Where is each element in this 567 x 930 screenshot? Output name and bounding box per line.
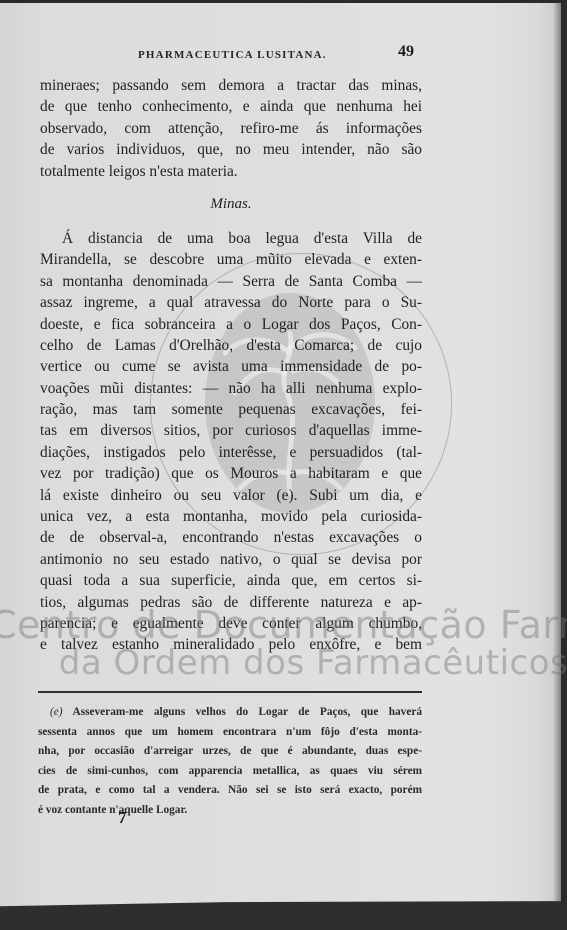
text-line: ração, mas tam somente pequenas excavaçõ… xyxy=(40,399,422,420)
text-line: e talvez estanho mineralidado pelo enxôf… xyxy=(40,634,422,655)
text-line: Á distancia de uma boa legua d'esta Vill… xyxy=(40,228,422,249)
text-line: lá existe dinheiro ou seu valor (e). Sub… xyxy=(40,485,422,506)
text-line: parencia; e egualmente deve conter algum… xyxy=(40,613,422,634)
text-line: Mirandella, se descobre uma mũito elevad… xyxy=(40,249,422,270)
footnote-line: de prata, e como tal a vendera. Não sei … xyxy=(38,781,422,801)
text-line: celho de Lamas d'Orelhão, d'esta Comarca… xyxy=(40,335,422,356)
footnote-line: cies de simi-cunhos, com apparencia meta… xyxy=(38,762,422,782)
footnote-line: sessenta annos que um homem encontrara n… xyxy=(38,723,422,743)
text-line: tios, algumas pedras são de differente n… xyxy=(40,592,422,613)
text-line: totalmente leigos n'esta materia. xyxy=(40,161,422,182)
page-number: 49 xyxy=(398,43,414,61)
text-line: de de observal-a, encontrando n'estas ex… xyxy=(40,527,422,548)
text-line: mineraes; passando sem demora a tractar … xyxy=(40,75,422,96)
text-line: doeste, e fica sobranceira a o Logar dos… xyxy=(40,314,422,335)
text-line: antimonio no seu estado nativo, o qual s… xyxy=(40,549,422,570)
book-page: PHARMACEUTICA LUSITANA. 49 mineraes; pas… xyxy=(0,3,561,927)
footnote: (e)Asseveram-me alguns velhos do Logar d… xyxy=(38,703,422,820)
footnote-line: é voz contante n'aquelle Logar. xyxy=(38,801,422,821)
footnote-line: nha, por occasião d'arreigar urzes, de q… xyxy=(38,742,422,762)
running-title: PHARMACEUTICA LUSITANA. xyxy=(138,49,327,61)
page-header: PHARMACEUTICA LUSITANA. 49 xyxy=(40,47,420,67)
text-line: vez por tradição) que os Mouros a habita… xyxy=(40,463,422,484)
text-line: de que tenho conhecimento, e ainda que n… xyxy=(40,96,422,117)
footnote-marker: (e) xyxy=(50,706,63,718)
section-heading: Minas. xyxy=(40,194,422,216)
footnote-divider xyxy=(38,691,422,693)
text-line: unica vez, a esta montanha, movido pela … xyxy=(40,506,422,527)
text-line: vertice ou cume se avista uma immensidad… xyxy=(40,356,422,377)
text-line: observado, com attenção, refiro-me ás in… xyxy=(40,118,422,139)
page-edge-shadow xyxy=(553,3,561,927)
body-text: mineraes; passando sem demora a tractar … xyxy=(40,75,422,656)
text-line: quasi toda a sua superficie, ainda que, … xyxy=(40,570,422,591)
signature-mark: 7 xyxy=(118,808,127,828)
text-line: de varios individuos, que, no meu intend… xyxy=(40,139,422,160)
text-line: assaz ingreme, a qual atravessa do Norte… xyxy=(40,292,422,313)
text-line: voações mũi distantes: — não ha alli nen… xyxy=(40,378,422,399)
text-line: diações, instigados pelo interêsse, e pe… xyxy=(40,442,422,463)
footnote-line: (e)Asseveram-me alguns velhos do Logar d… xyxy=(38,703,422,723)
text-line: tas em diversos sitios, por curiosos d'a… xyxy=(40,420,422,441)
text-line: sa montanha denominada — Serra de Santa … xyxy=(40,271,422,292)
